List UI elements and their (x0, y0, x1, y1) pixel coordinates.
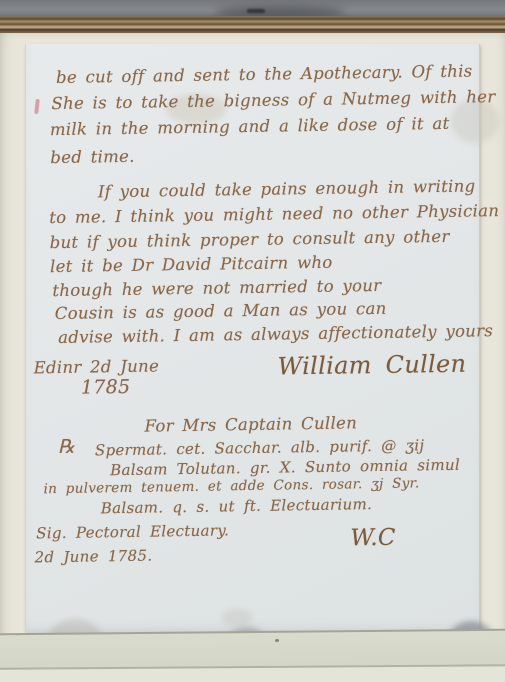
dateline-year: 1785 (81, 376, 131, 399)
dark-speck (247, 9, 265, 13)
prescription-date: 2d June 1785. (34, 547, 152, 567)
prescription-sig: Sig. Pectoral Electuary. (36, 521, 229, 542)
letter-line: If you could take pains enough in writin… (98, 176, 476, 201)
letter-line: She is to take the bigness of a Nutmeg w… (51, 87, 495, 113)
dateline-place: Edinr 2d June (33, 356, 159, 377)
letter-line: though he were not married to your (52, 276, 381, 300)
letter-line: but if you think proper to consult any o… (49, 227, 449, 252)
letter-line: be cut off and sent to the Apothecary. O… (56, 61, 473, 87)
prescription-heading: For Mrs Captain Cullen (144, 413, 357, 435)
lower-page-edge (0, 664, 505, 682)
prescription-line: in pulverem tenuem. et adde Cons. rosar.… (43, 475, 419, 497)
ink-dot (275, 639, 279, 642)
letter-line: let it be Dr David Pitcairn who (50, 253, 333, 276)
prescription-line: Spermat. cet. Sacchar. alb. purif. @ ʒij (95, 436, 425, 459)
prescription-line: Balsam. q. s. ut ft. Electuarium. (101, 495, 373, 517)
letter-text: be cut off and sent to the Apothecary. O… (26, 37, 488, 633)
letter-line: Cousin is as good a Man as you can (55, 299, 387, 323)
manuscript-photo: be cut off and sent to the Apothecary. O… (0, 0, 505, 682)
letter-line: advise with. I am as always affectionate… (58, 321, 493, 347)
prescription-initials: W.C (350, 525, 396, 552)
rx-symbol: ℞ (58, 436, 76, 458)
letter-sheet: be cut off and sent to the Apothecary. O… (25, 44, 480, 633)
album-page: be cut off and sent to the Apothecary. O… (0, 33, 505, 682)
book-page-block-edge (0, 16, 505, 34)
letter-line: milk in the morning and a like dose of i… (50, 114, 450, 139)
signature: William Cullen (277, 350, 466, 381)
letter-line: bed time. (50, 147, 135, 167)
letter-line: to me. I think you might need no other P… (49, 201, 499, 227)
